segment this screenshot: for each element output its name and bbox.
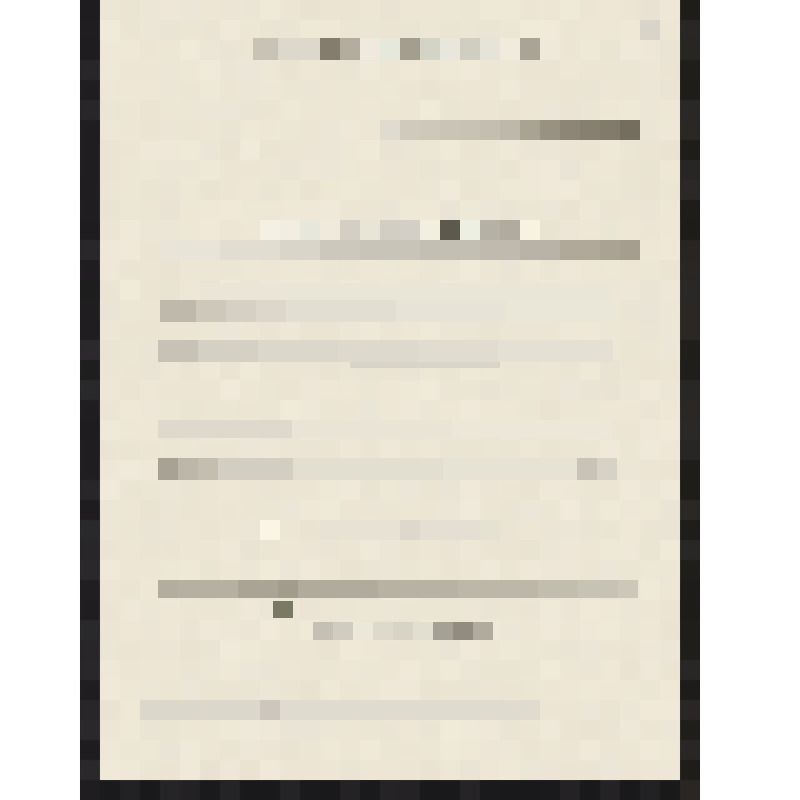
scanned-document-image	[0, 0, 800, 800]
scan-shadow-left	[80, 0, 100, 800]
document-page	[100, 0, 680, 780]
scan-shadow-right	[680, 0, 700, 800]
scan-shadow-bottom	[100, 780, 680, 800]
